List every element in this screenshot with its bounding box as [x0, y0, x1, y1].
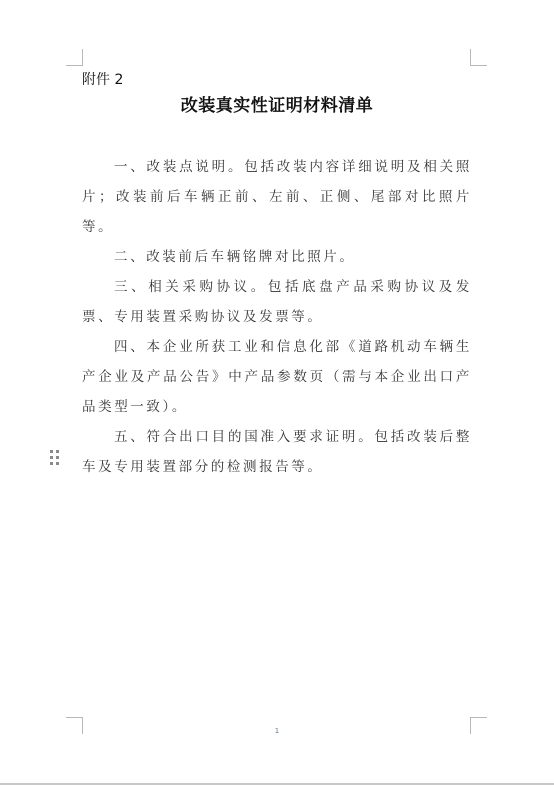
paragraph-5[interactable]: 五、符合出口目的国准入要求证明。包括改装后整车及专用装置部分的检测报告等。 — [82, 422, 472, 482]
document-body[interactable]: 一、改装点说明。包括改装内容详细说明及相关照片；改装前后车辆正前、左前、正侧、尾… — [82, 152, 472, 482]
paragraph-2[interactable]: 二、改装前后车辆铭牌对比照片。 — [82, 242, 472, 272]
page-number: 1 — [0, 727, 554, 735]
document-title: 改装真实性证明材料清单 — [0, 94, 554, 118]
paragraph-1[interactable]: 一、改装点说明。包括改装内容详细说明及相关照片；改装前后车辆正前、左前、正侧、尾… — [82, 152, 472, 242]
attachment-label: 附件 2 — [82, 70, 123, 90]
margin-corner-top-left — [66, 49, 83, 66]
grip-dots-icon[interactable] — [50, 450, 59, 465]
margin-corner-top-right — [470, 49, 487, 66]
paragraph-3[interactable]: 三、相关采购协议。包括底盘产品采购协议及发票、专用装置采购协议及发票等。 — [82, 272, 472, 332]
document-page: 附件 2 改装真实性证明材料清单 一、改装点说明。包括改装内容详细说明及相关照片… — [0, 0, 554, 785]
paragraph-4[interactable]: 四、本企业所获工业和信息化部《道路机动车辆生产企业及产品公告》中产品参数页（需与… — [82, 332, 472, 422]
